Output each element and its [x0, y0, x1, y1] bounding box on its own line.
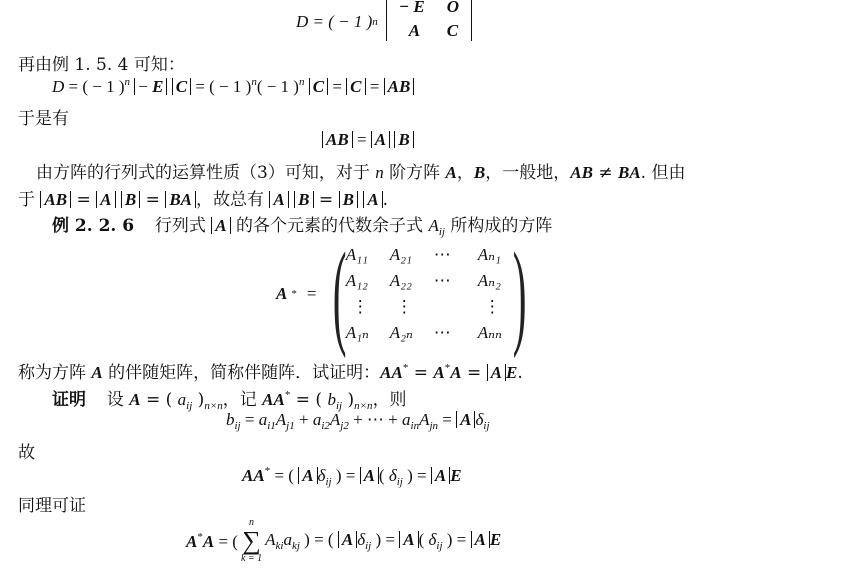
paragraph-text: 故: [18, 438, 35, 463]
matrix-cell: ⋮: [346, 297, 390, 317]
matrix-cell: ⋮: [478, 297, 514, 317]
matrix-cell: ⋯: [434, 245, 478, 265]
det-cell: − E: [399, 0, 425, 17]
matrix-cell: A₁₂: [346, 271, 390, 291]
matrix-cell: Aₙ₁: [478, 245, 514, 265]
matrix-cell: A₁₁: [346, 245, 390, 265]
block-determinant: − E O A C: [386, 0, 472, 41]
paragraph-property-cont: 于 AB = A B = BA，故总有 A B = B A. 于 | AB | …: [18, 185, 388, 210]
equation-bij: bij = ai1Aj1 + ai2Aj2 + ⋯ + ainAjn = Aδi…: [226, 410, 490, 432]
example-label: 例 2. 2. 6: [52, 216, 134, 236]
adjugate-matrix: ( A₁₁ A₂₁ ⋯ Aₙ₁ A₁₂ A₂₂ ⋯ Aₙ₂ ⋮ ⋮ ⋮ A₁ₙ …: [320, 235, 539, 353]
matrix-cell: ⋮: [390, 297, 434, 317]
equation-d-chain: D = ( − 1 )n − E C = ( − 1 )n( − 1 )n C …: [52, 76, 414, 97]
paragraph-text: 于是有: [18, 104, 69, 129]
equation-exponent: n: [372, 16, 378, 28]
paragraph-text: 再由例 1. 5. 4 可知：: [18, 50, 185, 75]
matrix-cell: A₁ₙ: [346, 323, 390, 343]
matrix-cell: A₂₁: [390, 245, 434, 265]
equation-d-determinant: D = ( − 1 ) n − E O A C: [296, 0, 472, 44]
matrix-cell: [434, 297, 478, 317]
matrix-cell: Aₙ₂: [478, 271, 514, 291]
equation-astara: A*A = ( n ∑ k = 1 Akiakj ) = ( Aδij ) = …: [186, 518, 501, 564]
matrix-cell: A₂ₙ: [390, 323, 434, 343]
proof-heading: 证明 设 A = ( aij )n×n，记 AA* = ( bij )n×n，则…: [52, 385, 407, 412]
matrix-cell: Aₙₙ: [478, 323, 514, 343]
summation: n ∑ k = 1: [241, 518, 262, 564]
equation-aastar: AA* = ( Aδij ) = A( δij ) = AE AA* = ( |…: [242, 465, 462, 488]
matrix-lhs: A: [276, 284, 287, 304]
matrix-cell: ⋯: [434, 323, 478, 343]
proof-label: 证明: [52, 390, 86, 410]
det-cell: A: [399, 21, 425, 41]
adjugate-matrix-equation: A * = ( A₁₁ A₂₁ ⋯ Aₙ₁ A₁₂ A₂₂ ⋯ Aₙ₂ ⋮ ⋮ …: [276, 236, 539, 352]
example-heading: 例 2. 2. 6 行列式 A 的各个元素的代数余子式 Aij 所构成的方阵 行…: [52, 211, 552, 238]
matrix-cell: A₂₂: [390, 271, 434, 291]
equation-lhs: D = ( − 1 ): [296, 12, 372, 32]
det-cell: O: [447, 0, 459, 17]
paragraph-definition: 称为方阵 A 的伴随矩阵，简称伴随阵．试证明：AA* = A*A = AE. 称…: [18, 358, 523, 383]
equation-det-product: AB = A B | AB | = | A | | B |: [322, 130, 414, 150]
det-cell: C: [447, 21, 459, 41]
paragraph-property: 由方阵的行列式的运算性质（3）可知，对于 n 阶方阵 A，B，一般地，AB ≠ …: [36, 158, 685, 183]
matrix-cell: ⋯: [434, 271, 478, 291]
paragraph-text: 同理可证: [18, 491, 86, 516]
